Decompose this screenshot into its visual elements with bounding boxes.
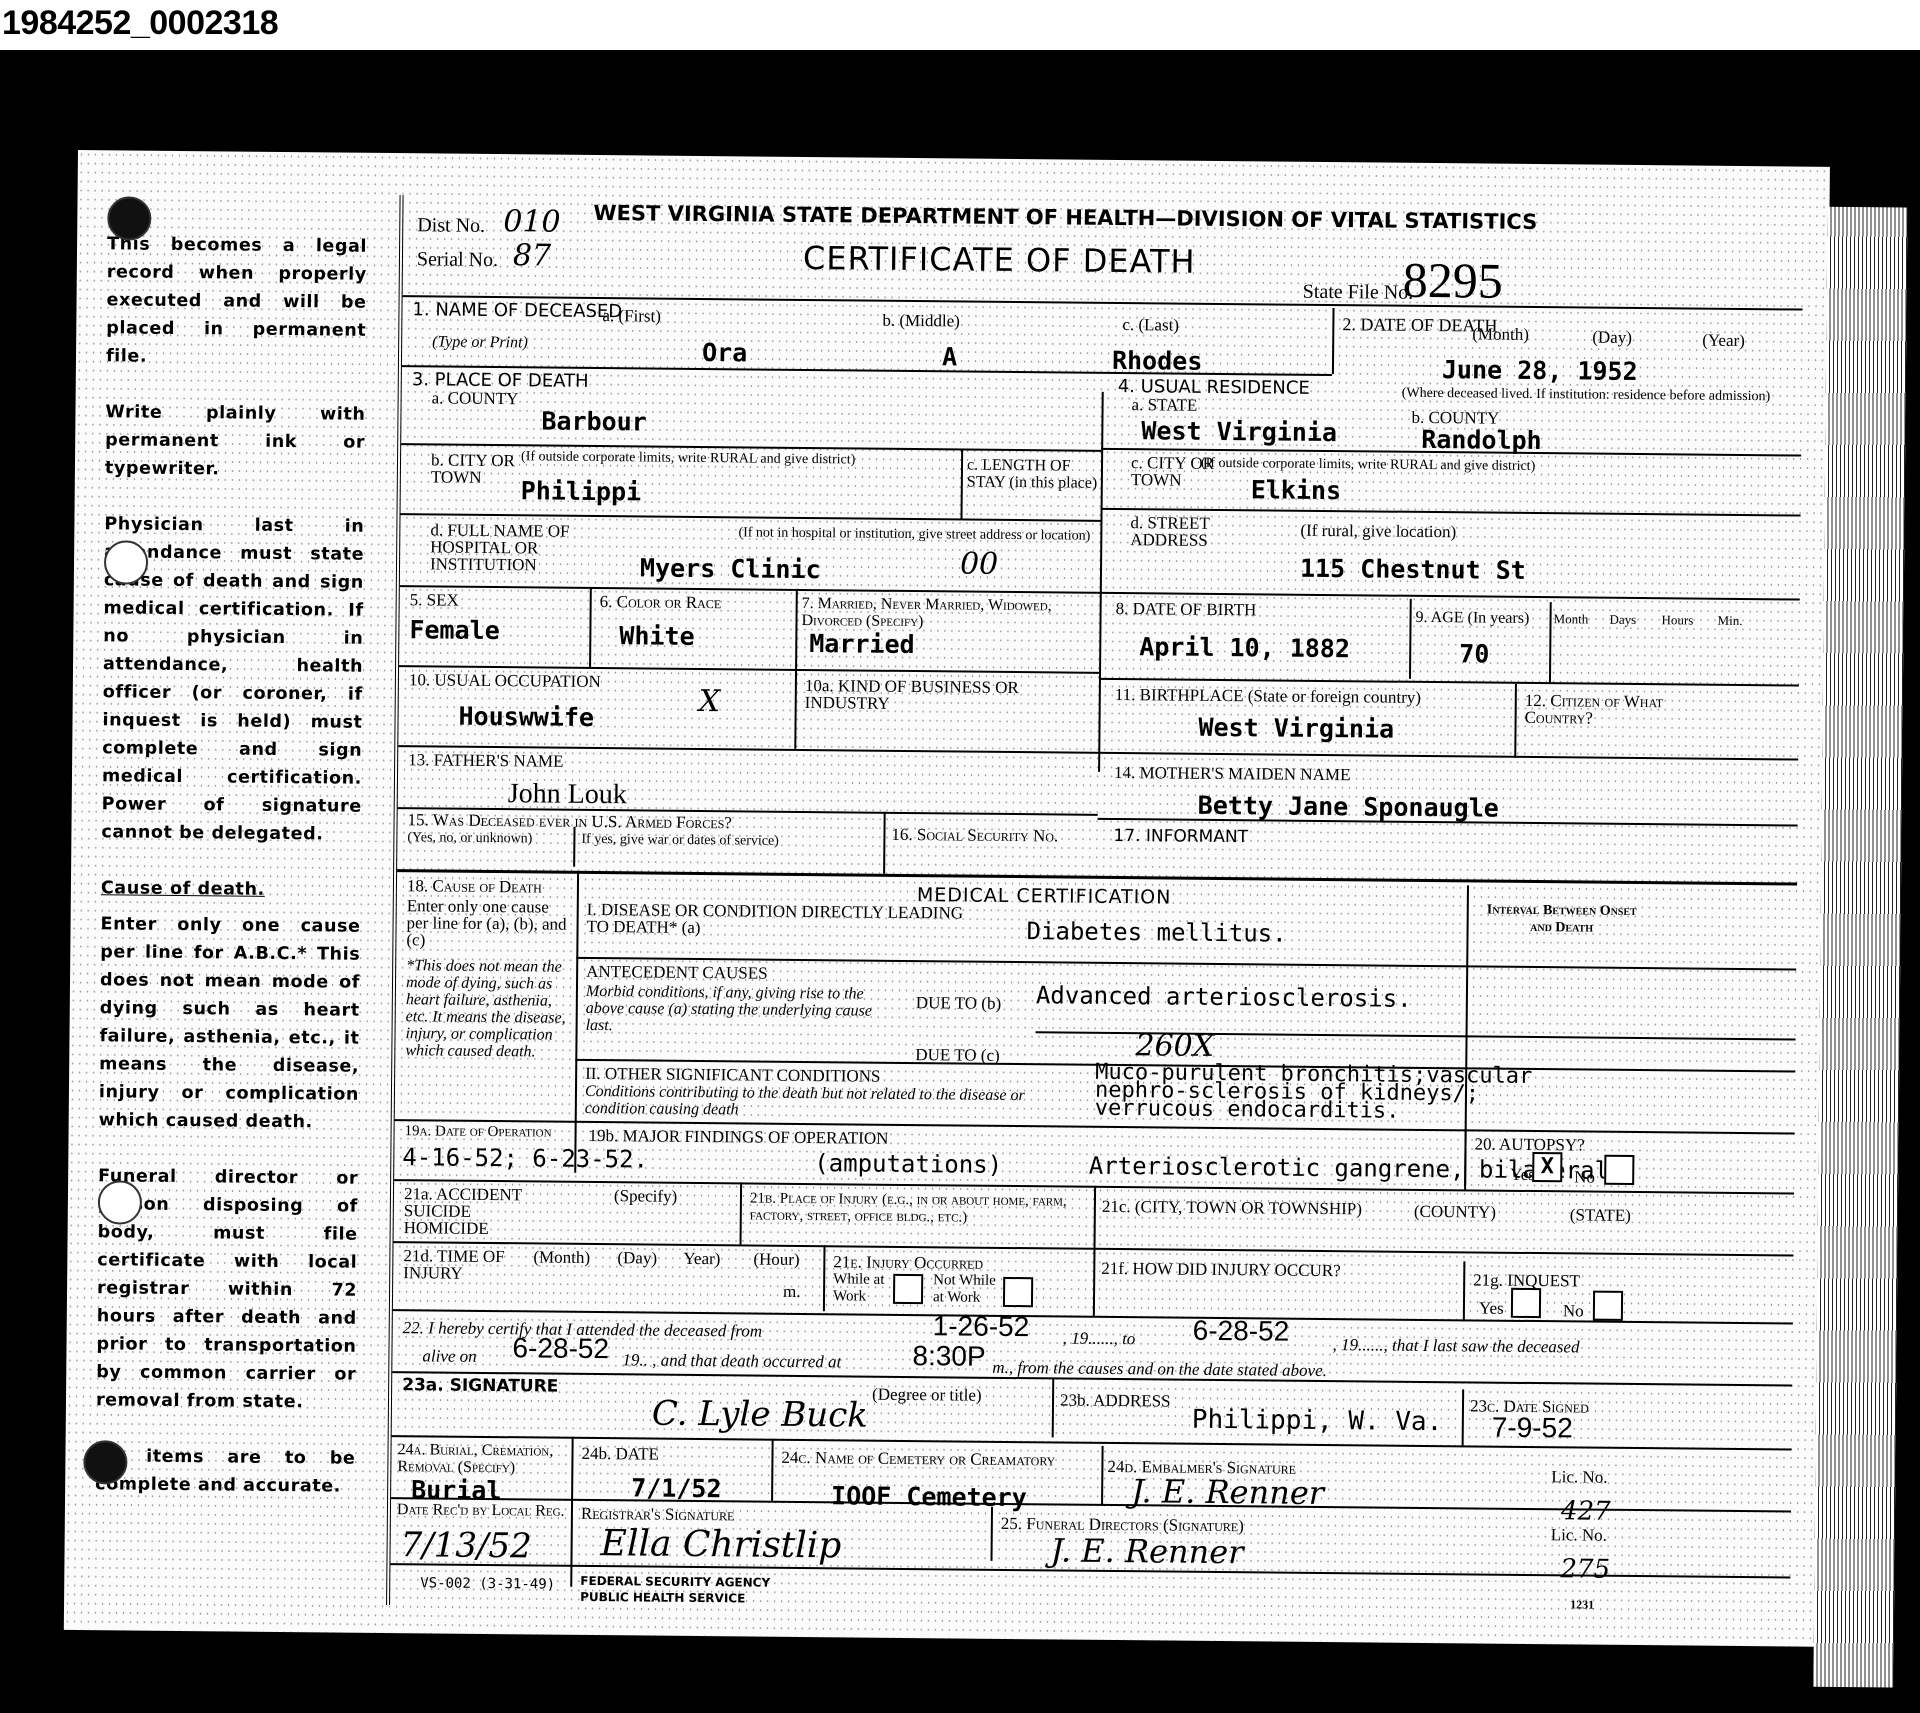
- punch-hole-icon: [98, 1180, 142, 1224]
- autopsy-label: 20. AUTOPSY?: [1474, 1135, 1584, 1153]
- funeral-director-signature: J. E. Renner: [1050, 1531, 1243, 1571]
- cause-box-label: 18. Cause of Death: [407, 877, 542, 895]
- street-label: d. STREET ADDRESS: [1130, 514, 1250, 549]
- citizen-label: 12. Citizen of What Country?: [1525, 692, 1695, 728]
- certificate-form: Dist No. 010 Serial No. 87 WEST VIRGINIA…: [386, 195, 1803, 1618]
- year-label: (Year): [1702, 332, 1745, 349]
- county-label: a. COUNTY: [432, 389, 519, 407]
- name-sub-label: (Type or Print): [432, 333, 528, 351]
- certificate-title: CERTIFICATE OF DEATH: [803, 239, 1196, 281]
- embalmer-lic-value: 427: [1561, 1496, 1611, 1526]
- informant-label: 17. INFORMANT: [1113, 828, 1248, 846]
- death-certificate: This becomes a legal record when properl…: [64, 150, 1830, 1647]
- divider: [1514, 684, 1517, 758]
- occupation-label: 10. USUAL OCCUPATION: [409, 671, 601, 690]
- county-value: Barbour: [541, 406, 647, 436]
- certify-text-2: , 19......, to: [1063, 1330, 1136, 1348]
- middle-name-value: A: [942, 342, 957, 371]
- business-label: 10a. KIND OF BUSINESS OR INDUSTRY: [805, 677, 1095, 714]
- armed-forces-sub2: If yes, give war or dates of service): [581, 831, 779, 850]
- instructions-sidebar: This becomes a legal record when properl…: [95, 230, 367, 1528]
- last-name-label: c. (Last): [1122, 316, 1179, 334]
- alive-on-label: alive on: [422, 1347, 476, 1365]
- first-name-label: a. (First): [602, 307, 661, 325]
- date-signed-value: 7-9-52: [1492, 1412, 1573, 1445]
- street-value: 115 Chestnut St: [1300, 554, 1526, 585]
- funeral-lic-value: 275: [1560, 1554, 1610, 1584]
- divider: [883, 812, 886, 874]
- father-value: John Louk: [508, 778, 627, 811]
- document-id: 1984252_0002318: [2, 4, 278, 43]
- injury-month-label: (Month): [533, 1248, 590, 1266]
- occupation-mark: X: [699, 684, 721, 719]
- physician-signature: C. Lyle Buck: [652, 1394, 868, 1436]
- disposition-label: 24a. Burial, Cremation, Removal (Specify…: [397, 1441, 577, 1477]
- degree-label: (Degree or title): [872, 1386, 982, 1404]
- death-time-value: 8:30P: [912, 1340, 985, 1373]
- operation-date-label: 19a. Date of Operation: [405, 1123, 552, 1141]
- serial-value: 87: [513, 238, 552, 273]
- certify-text-5: m., from the causes and on the date stat…: [992, 1359, 1327, 1379]
- sex-label: 5. SEX: [410, 591, 459, 608]
- not-at-work-checkbox[interactable]: [1003, 1277, 1033, 1307]
- line-b-label: DUE TO (b): [916, 994, 1001, 1012]
- divider: [1463, 1261, 1466, 1321]
- how-injury-label: 21f. HOW DID INJURY OCCUR?: [1101, 1260, 1341, 1279]
- race-value: White: [619, 621, 695, 651]
- age-hours-label: Hours: [1661, 611, 1693, 628]
- address-value: Philippi, W. Va.: [1192, 1405, 1443, 1437]
- marital-label: 7. Married, Never Married, Widowed, Divo…: [801, 595, 1096, 632]
- form-number: VS-002 (3-31-49): [420, 1575, 555, 1593]
- instruction-write-plainly: Write plainly with permanent ink or type…: [105, 398, 366, 484]
- divider: [740, 1182, 743, 1244]
- divider: [823, 1245, 826, 1311]
- divider: [1052, 1377, 1055, 1437]
- registrar-label: Registrar's Signature: [581, 1505, 735, 1523]
- name-label: 1. NAME OF DECEASED: [412, 301, 622, 320]
- footer-agency-2: PUBLIC HEALTH SERVICE: [580, 1589, 745, 1608]
- operation-dates: 4-16-52; 6-23-52.: [402, 1143, 648, 1173]
- residence-label: 4. USUAL RESIDENCE: [1118, 378, 1310, 397]
- dist-value: 010: [503, 204, 561, 240]
- divider: [589, 587, 592, 667]
- divider: [397, 869, 1797, 885]
- inquest-yes-checkbox[interactable]: [1511, 1288, 1541, 1318]
- marital-value: Married: [809, 629, 915, 659]
- hospital-note: (If not in hospital or institution, give…: [620, 523, 1090, 545]
- injury-hour-label: (Hour): [753, 1251, 799, 1268]
- divider: [961, 448, 964, 518]
- inquest-no-checkbox[interactable]: [1593, 1291, 1623, 1321]
- first-name-value: Ora: [702, 338, 747, 367]
- injury-county-label: (COUNTY): [1414, 1203, 1496, 1221]
- autopsy-no-checkbox[interactable]: [1604, 1155, 1634, 1185]
- time-of-injury-label: 21d. TIME OF INJURY: [403, 1247, 513, 1282]
- registrar-signature: Ella Christlip: [600, 1523, 841, 1566]
- burial-date-label: 24b. DATE: [581, 1445, 659, 1463]
- age-days-label: Days: [1609, 611, 1636, 628]
- ssn-label: 16. Social Security No.: [891, 826, 1081, 845]
- accident-specify-label: (Specify): [614, 1187, 677, 1205]
- residence-city-value: Elkins: [1251, 475, 1342, 505]
- divider: [1332, 308, 1335, 374]
- birthplace-value: West Virginia: [1198, 713, 1394, 744]
- date-of-death-value: June 28, 1952: [1442, 355, 1638, 386]
- divider: [990, 1507, 993, 1561]
- punch-hole-icon: [107, 196, 151, 240]
- injury-day-label: (Day): [617, 1249, 657, 1266]
- armed-forces-label: 15. Was Deceased ever in U.S. Armed Forc…: [408, 811, 732, 831]
- state-file-value: 8295: [1403, 251, 1504, 310]
- line-a-value: Diabetes mellitus.: [1026, 917, 1286, 947]
- street-note: (If rural, give location): [1300, 522, 1456, 540]
- instruction-heading-cause: Cause of death.: [101, 874, 361, 904]
- stacked-page-edges: [1813, 207, 1907, 1688]
- divider: [1093, 1186, 1096, 1316]
- instruction-complete: All items are to be complete and accurat…: [95, 1442, 356, 1500]
- divider: [574, 873, 579, 1173]
- cemetery-label: 24c. Name of Cemetery or Creamatory: [781, 1449, 1055, 1469]
- at-work-checkbox[interactable]: [893, 1274, 923, 1304]
- findings-value: (amputations) Arteriosclerotic gangrene,…: [814, 1149, 1609, 1185]
- father-label: 13. FATHER'S NAME: [408, 751, 563, 769]
- place-of-death-label: 3. PLACE OF DEATH: [412, 371, 589, 390]
- signature-label: 23a. SIGNATURE: [402, 1377, 558, 1395]
- line-c-value: 260X: [1135, 1028, 1214, 1064]
- hospital-value: Myers Clinic: [640, 553, 821, 584]
- race-label: 6. Color or Race: [600, 593, 722, 611]
- antecedent-note: Morbid conditions, if any, giving rise t…: [586, 983, 896, 1037]
- certify-from: 1-26-52: [933, 1310, 1030, 1343]
- middle-name-label: b. (Middle): [882, 312, 960, 330]
- city-note: (If outside corporate limits, write RURA…: [521, 448, 855, 468]
- month-label: (Month): [1472, 325, 1529, 343]
- residence-state-label: a. STATE: [1132, 396, 1198, 414]
- line-b-value: Advanced arteriosclerosis.: [1036, 981, 1412, 1013]
- hospital-label: d. FULL NAME OF HOSPITAL OR INSTITUTION: [430, 521, 610, 574]
- instruction-cause: Enter only one cause per line for A.B.C.…: [99, 910, 361, 1136]
- injury-occurred-label: 21e. Injury Occurred: [833, 1253, 983, 1271]
- ink-blot-icon: [83, 1440, 127, 1484]
- autopsy-no-label: No: [1574, 1168, 1595, 1185]
- cause-box-text: Enter only one cause per line for (a), (…: [406, 897, 571, 950]
- at-work-label: While at Work: [833, 1271, 893, 1306]
- certify-text-3: , 19......, that I last saw the deceased: [1333, 1336, 1580, 1355]
- footer-stamp: 1231: [1570, 1596, 1594, 1613]
- instruction-legal-record: This becomes a legal record when properl…: [106, 230, 367, 372]
- cause-box-note: *This does not mean the mode of dying, s…: [405, 957, 571, 1061]
- dist-label: Dist No.: [417, 217, 485, 235]
- autopsy-yes-checkbox[interactable]: X: [1532, 1152, 1562, 1182]
- residence-note: (Where deceased lived. If institution: r…: [1402, 385, 1782, 406]
- not-at-work-label: Not While at Work: [933, 1272, 1003, 1307]
- serial-label: Serial No.: [417, 251, 498, 269]
- city-label: b. CITY OR TOWN: [431, 451, 531, 486]
- mother-value: Betty Jane Sponaugle: [1198, 791, 1499, 823]
- injury-city-label: 21c. (CITY, TOWN OR TOWNSHIP): [1102, 1198, 1362, 1217]
- certify-to: 6-28-52: [1193, 1315, 1290, 1348]
- divider: [771, 1439, 774, 1501]
- state-file-label: State File No.: [1303, 284, 1414, 302]
- inquest-label: 21g. INQUEST: [1473, 1271, 1580, 1289]
- findings-label: 19b. MAJOR FINDINGS OF OPERATION: [588, 1127, 888, 1147]
- hospital-code: 00: [960, 546, 999, 581]
- divider: [1549, 602, 1552, 682]
- punch-hole-icon: [104, 540, 148, 584]
- certify-text-4: 19.. , and that death occurred at: [622, 1351, 841, 1370]
- received-label: Date Rec'd by Local Reg.: [397, 1501, 567, 1520]
- received-value: 7/13/52: [400, 1525, 531, 1566]
- dob-value: April 10, 1882: [1139, 632, 1350, 663]
- inquest-no-label: No: [1563, 1302, 1584, 1319]
- divider: [1409, 599, 1412, 679]
- city-value: Philippi: [521, 476, 642, 506]
- armed-forces-sub1: (Yes, no, or unknown): [407, 829, 532, 847]
- residence-state-value: West Virginia: [1141, 416, 1337, 447]
- age-mins-label: Min.: [1717, 612, 1742, 629]
- residence-city-note: (If outside corporate limits, write RURA…: [1201, 455, 1535, 475]
- divider: [1462, 1389, 1465, 1445]
- injury-year-label: Year): [683, 1250, 720, 1267]
- inquest-yes-label: Yes: [1479, 1300, 1504, 1317]
- birthplace-label: 11. BIRTHPLACE (State or foreign country…: [1115, 686, 1421, 706]
- day-label: (Day): [1592, 329, 1632, 346]
- divider: [573, 827, 575, 867]
- age-value: 70: [1459, 639, 1489, 668]
- agency-heading: WEST VIRGINIA STATE DEPARTMENT OF HEALTH…: [593, 201, 1537, 234]
- age-months-label: Month: [1553, 610, 1588, 627]
- other-line-3: verrucous endocarditis.: [1095, 1100, 1400, 1121]
- occupation-value: Houswwife: [458, 702, 594, 732]
- line-a-label: I. DISEASE OR CONDITION DIRECTLY LEADING…: [586, 901, 986, 939]
- other-conditions-label: II. OTHER SIGNIFICANT CONDITIONS: [585, 1065, 880, 1085]
- embalmer-lic-label: Lic. No.: [1551, 1468, 1607, 1486]
- accident-label: 21a. ACCIDENT SUICIDE HOMICIDE: [404, 1185, 524, 1237]
- other-conditions-note: Conditions contributing to the death but…: [585, 1083, 1065, 1122]
- address-label: 23b. ADDRESS: [1060, 1391, 1171, 1409]
- divider: [1101, 1446, 1104, 1506]
- mother-label: 14. MOTHER'S MAIDEN NAME: [1114, 764, 1350, 783]
- dob-label: 8. DATE OF BIRTH: [1116, 600, 1257, 618]
- sex-value: Female: [409, 615, 500, 645]
- length-of-stay-label: c. LENGTH OF STAY (in this place): [967, 457, 1101, 492]
- antecedent-label: ANTECEDENT CAUSES: [586, 963, 768, 982]
- cemetery-value: IOOF Cemetery: [831, 1481, 1027, 1512]
- injury-m-label: m.: [783, 1283, 801, 1300]
- place-of-injury-label: 21b. Place of Injury (e.g., in or about …: [750, 1190, 1090, 1227]
- alive-on-value: 6-28-52: [512, 1332, 609, 1365]
- injury-state-label: (STATE): [1570, 1206, 1631, 1224]
- funeral-lic-label: Lic. No.: [1551, 1526, 1607, 1544]
- interval-label: Interval Between Onset and Death: [1477, 901, 1647, 937]
- age-label: 9. AGE (In years): [1415, 609, 1529, 627]
